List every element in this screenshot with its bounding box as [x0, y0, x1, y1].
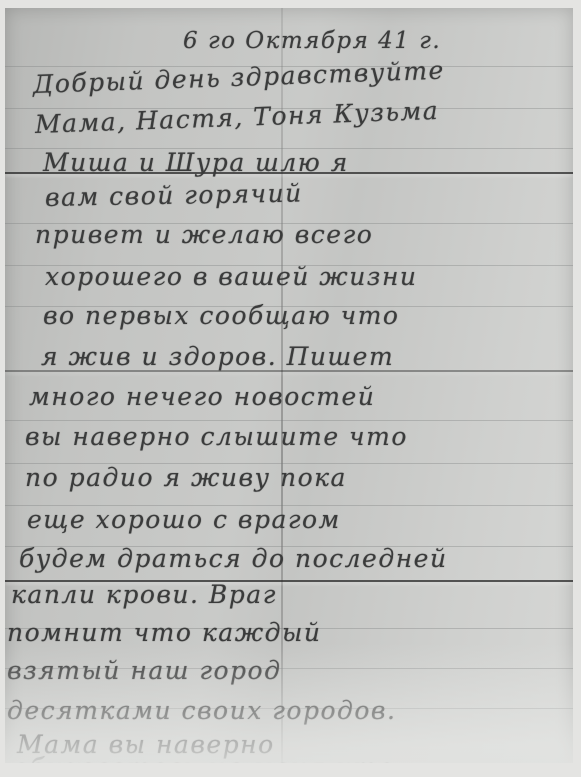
letter-photo: 6 го Октября 41 г. Добрый день здравству…	[5, 8, 573, 763]
letter-line: вам свой горячий	[45, 179, 303, 212]
letter-line: вы наверно слышите что	[25, 422, 408, 451]
letter-line: много нечего новостей	[29, 382, 375, 411]
letter-line: Добрый день здравствуйте	[32, 56, 445, 99]
ruled-line	[5, 420, 573, 421]
letter-line: помнит что каждый	[7, 618, 321, 647]
letter-date: 6 го Октября 41 г.	[183, 28, 441, 54]
letter-line: привет и желаю всего	[35, 220, 373, 249]
letter-line: Мама, Настя, Тоня Кузьма	[34, 96, 439, 139]
letter-line: я жив и здоров. Пишет	[41, 342, 394, 371]
letter-line: десятками своих городов.	[7, 696, 396, 725]
letter-line: будем драться до последней	[19, 544, 448, 573]
letter-line: хорошего в вашей жизни	[45, 262, 418, 291]
letter-line: еще хорошо с врагом	[27, 505, 341, 534]
letter-line: во первых сообщаю что	[43, 301, 399, 330]
letter-line: Миша и Шура шлю я	[43, 148, 349, 177]
letter-line: капли крови. Враг	[11, 580, 277, 609]
letter-line: обижаетесь на меня что	[13, 753, 395, 763]
letter-line: по радио я живу пока	[25, 463, 347, 492]
letter-line: взятый наш город	[7, 656, 281, 685]
